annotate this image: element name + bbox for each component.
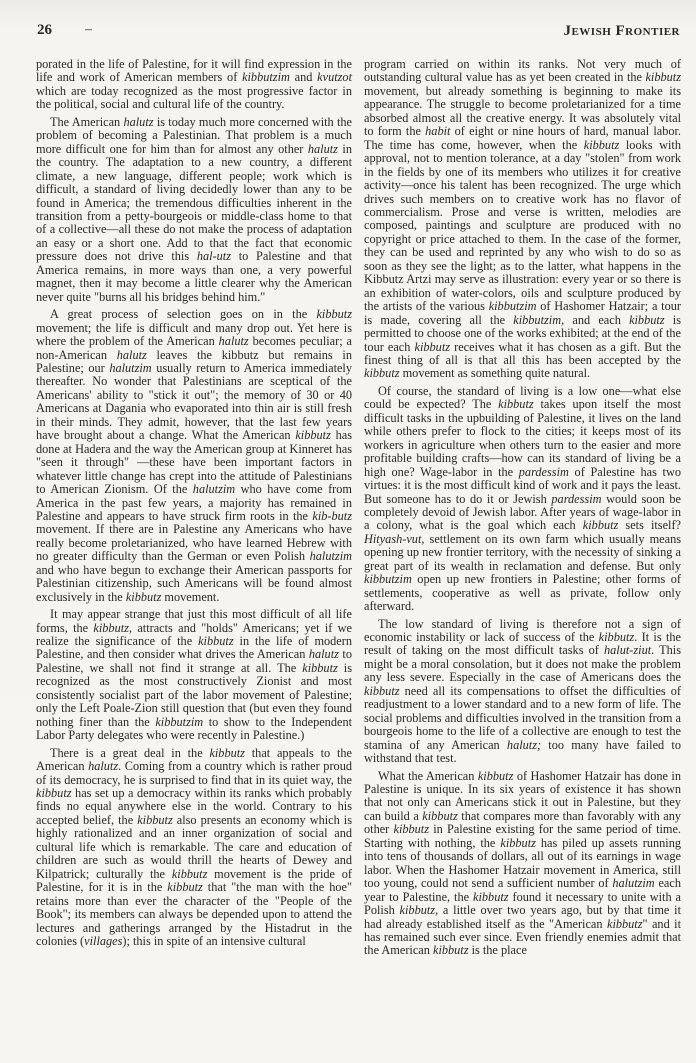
- paragraph: A great process of selection goes on in …: [36, 308, 352, 604]
- paragraph: The low standard of living is therefore …: [364, 618, 681, 766]
- header-dash: –: [85, 22, 92, 38]
- page-number: 26: [37, 22, 52, 39]
- left-column: porated in the life of Palestine, for it…: [36, 58, 352, 952]
- paragraph: The American halutz is today much more c…: [36, 116, 352, 304]
- right-column: program carried on within its ranks. Not…: [364, 58, 681, 962]
- paragraph: porated in the life of Palestine, for it…: [36, 58, 352, 112]
- paragraph: It may appear strange that just this mos…: [36, 608, 352, 743]
- paragraph: There is a great deal in the kibbutz tha…: [36, 747, 352, 949]
- running-head: 26 – Jewish Frontier: [37, 22, 680, 44]
- paragraph: program carried on within its ranks. Not…: [364, 58, 681, 381]
- journal-title: Jewish Frontier: [563, 23, 680, 40]
- page: 26 – Jewish Frontier porated in the life…: [0, 0, 696, 1063]
- paragraph: What the American kibbutz of Hashomer Ha…: [364, 770, 681, 958]
- paragraph: Of course, the standard of living is a l…: [364, 385, 681, 614]
